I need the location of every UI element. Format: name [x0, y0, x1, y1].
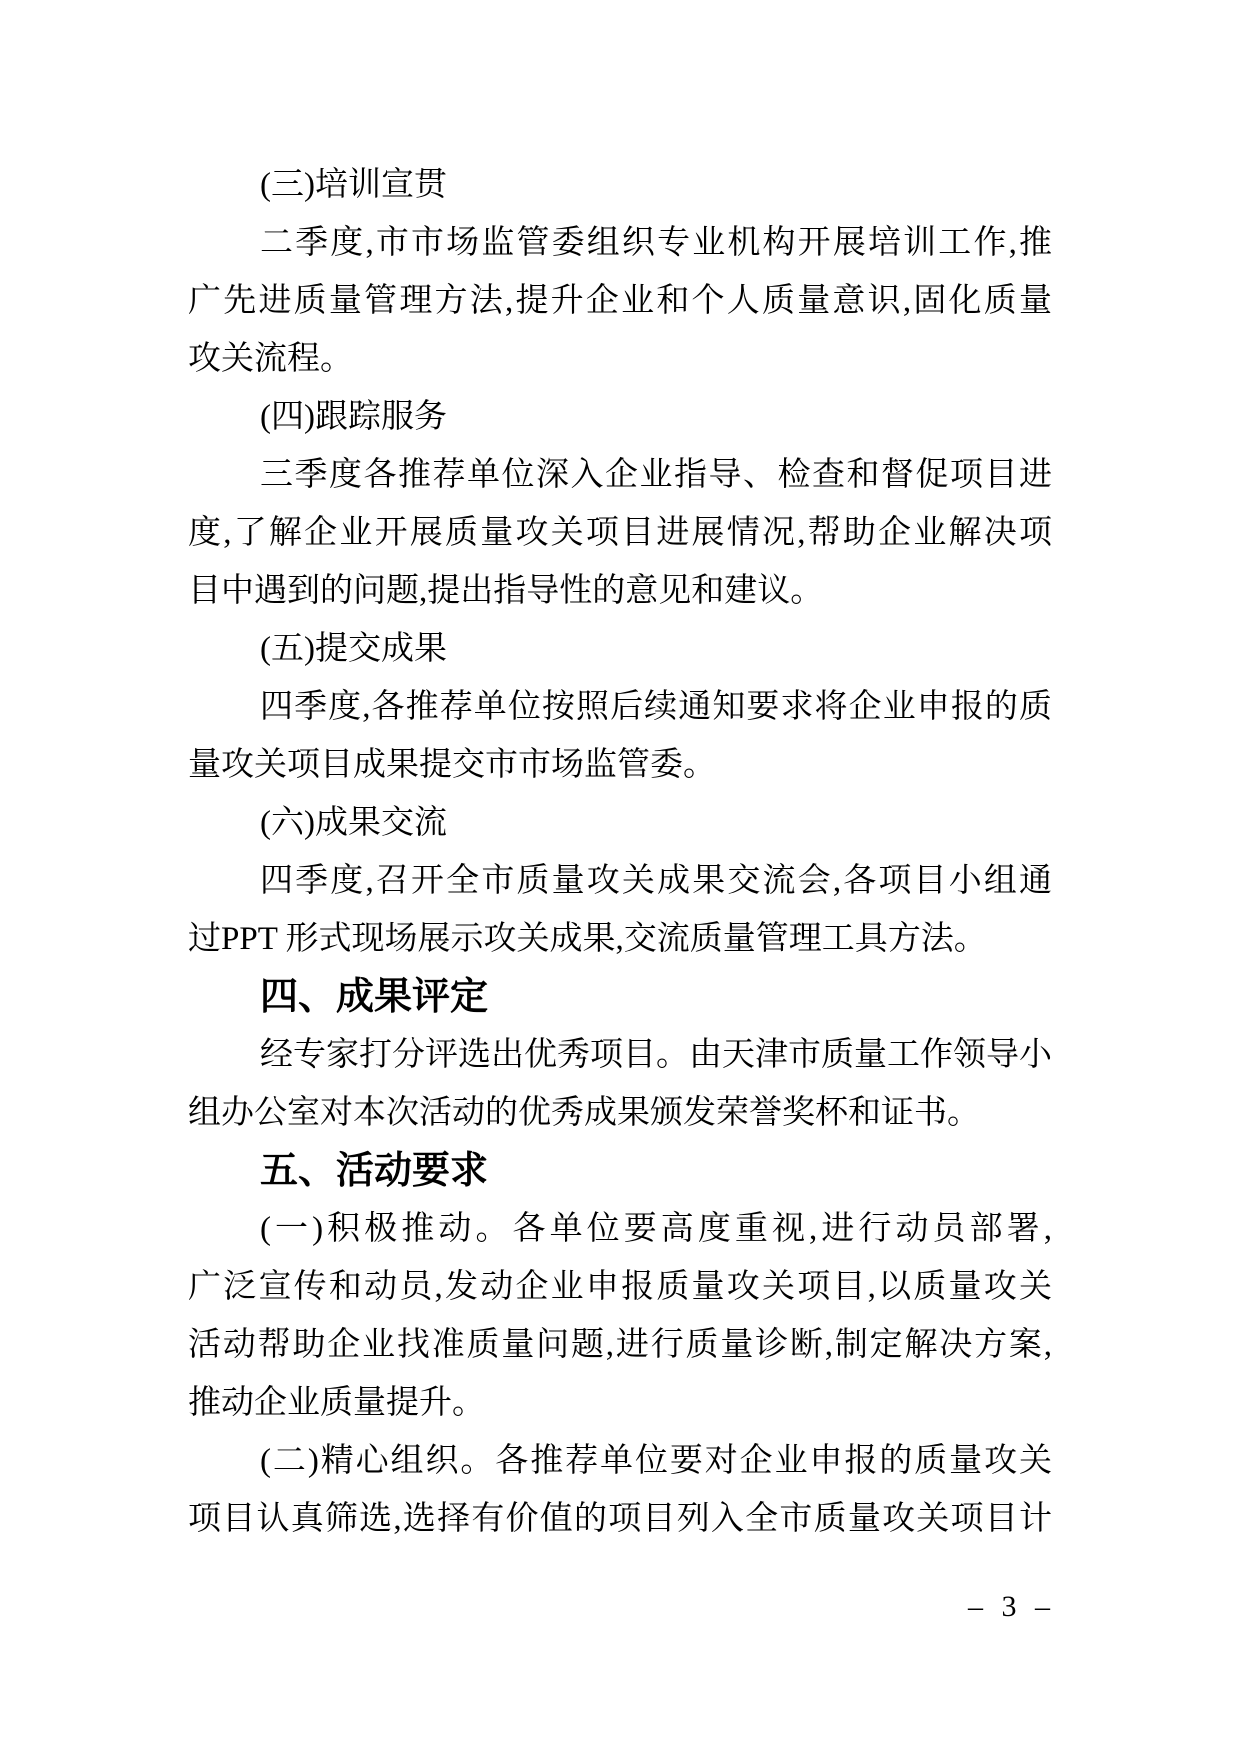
paragraph-line: 过PPT 形式现场展示攻关成果,交流质量管理工具方法。: [188, 910, 1052, 968]
paragraph-line: (二)精心组织。各推荐单位要对企业申报的质量攻关: [188, 1432, 1052, 1490]
paragraph-line: 广泛宣传和动员,发动企业申报质量攻关项目,以质量攻关: [188, 1258, 1052, 1316]
paragraph-line: 活动帮助企业找准质量问题,进行质量诊断,制定解决方案,: [188, 1316, 1052, 1374]
paragraph-line: 推动企业质量提升。: [188, 1374, 1052, 1432]
paragraph-line: 四季度,各推荐单位按照后续通知要求将企业申报的质: [188, 678, 1052, 736]
paragraph-line: 量攻关项目成果提交市市场监管委。: [188, 736, 1052, 794]
paragraph-line: 二季度,市市场监管委组织专业机构开展培训工作,推: [188, 214, 1052, 272]
section-heading-results-evaluation: 四、成果评定: [188, 968, 1052, 1026]
paragraph-line: 度,了解企业开展质量攻关项目进展情况,帮助企业解决项: [188, 504, 1052, 562]
paragraph-line: 攻关流程。: [188, 330, 1052, 388]
document-page: (三)培训宣贯 二季度,市市场监管委组织专业机构开展培训工作,推 广先进质量管理…: [0, 0, 1241, 1754]
subsection-heading-6: (六)成果交流: [188, 794, 1052, 852]
paragraph-line: 广先进质量管理方法,提升企业和个人质量意识,固化质量: [188, 272, 1052, 330]
paragraph-line: 三季度各推荐单位深入企业指导、检查和督促项目进: [188, 446, 1052, 504]
subsection-heading-3: (三)培训宣贯: [188, 156, 1052, 214]
section-heading-activity-requirements: 五、活动要求: [188, 1142, 1052, 1200]
document-body: (三)培训宣贯 二季度,市市场监管委组织专业机构开展培训工作,推 广先进质量管理…: [188, 156, 1052, 1548]
page-number: – 3 –: [188, 1583, 1052, 1631]
paragraph-line: 目中遇到的问题,提出指导性的意见和建议。: [188, 562, 1052, 620]
paragraph-line: 组办公室对本次活动的优秀成果颁发荣誉奖杯和证书。: [188, 1084, 1052, 1142]
paragraph-line: 四季度,召开全市质量攻关成果交流会,各项目小组通: [188, 852, 1052, 910]
paragraph-line: 项目认真筛选,选择有价值的项目列入全市质量攻关项目计: [188, 1490, 1052, 1548]
paragraph-line: 经专家打分评选出优秀项目。由天津市质量工作领导小: [188, 1026, 1052, 1084]
paragraph-line: (一)积极推动。各单位要高度重视,进行动员部署,: [188, 1200, 1052, 1258]
subsection-heading-4: (四)跟踪服务: [188, 388, 1052, 446]
subsection-heading-5: (五)提交成果: [188, 620, 1052, 678]
